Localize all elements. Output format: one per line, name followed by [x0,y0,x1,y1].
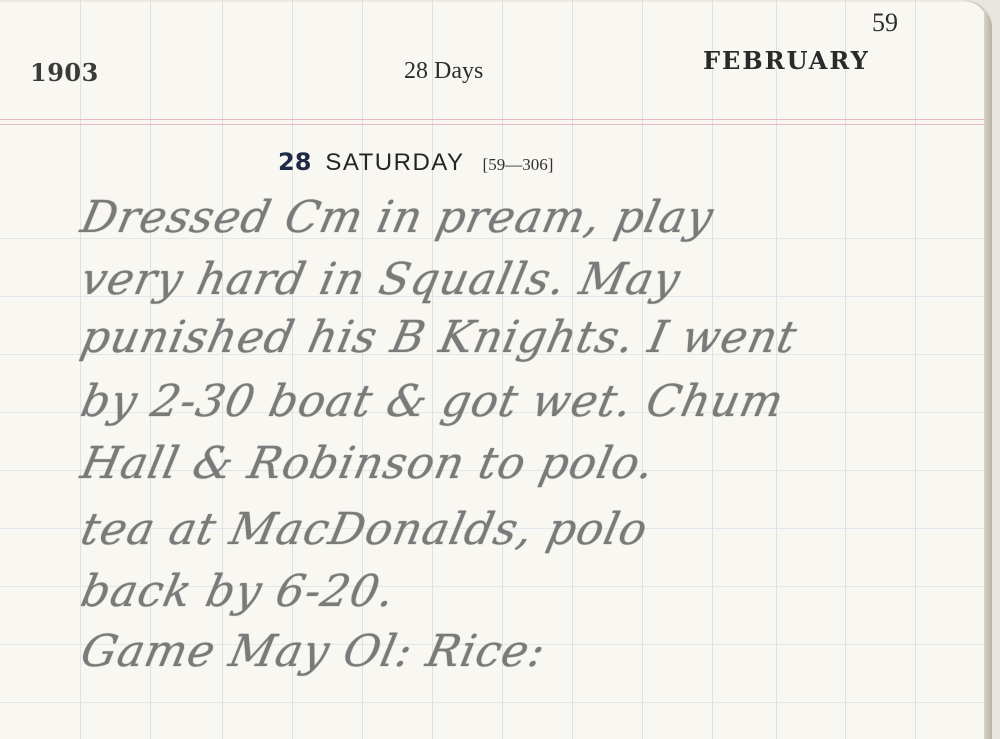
page-number: 59 [872,8,898,38]
entry-line: Dressed Cm in pream, play [77,192,719,243]
grid-line [776,0,777,739]
header-rule [0,119,992,125]
grid-line [80,0,81,739]
year-label: 1903 [30,58,99,87]
entry-line: punished his B Knights. I went [77,312,802,363]
grid-line [712,0,713,739]
grid-line [0,702,992,703]
entry-line: Hall & Robinson to polo. [77,438,660,489]
entry-line: by 2-30 boat & got wet. Chum [77,376,789,427]
weekday-label: SATURDAY [325,149,464,177]
grid-line [572,0,573,739]
days-in-month-label: 28 Days [404,58,483,85]
diary-page: 1903 28 Days 59 FEBRUARY 28 SATURDAY [59… [0,0,992,739]
day-heading: 28 SATURDAY [59—306] [278,148,553,177]
grid-line [642,0,643,739]
month-label: FEBRUARY [703,46,870,75]
entry-line: very hard in Squalls. May [77,254,685,305]
day-number: 28 [278,148,311,176]
page-edge [984,0,992,739]
grid-line [845,0,846,739]
day-of-year-range: [59—306] [483,155,554,175]
grid-line [915,0,916,739]
entry-line: Game May Ol: Rice: [77,626,551,677]
entry-line: back by 6-20. [77,566,400,617]
entry-line: tea at MacDonalds, polo [77,504,653,555]
